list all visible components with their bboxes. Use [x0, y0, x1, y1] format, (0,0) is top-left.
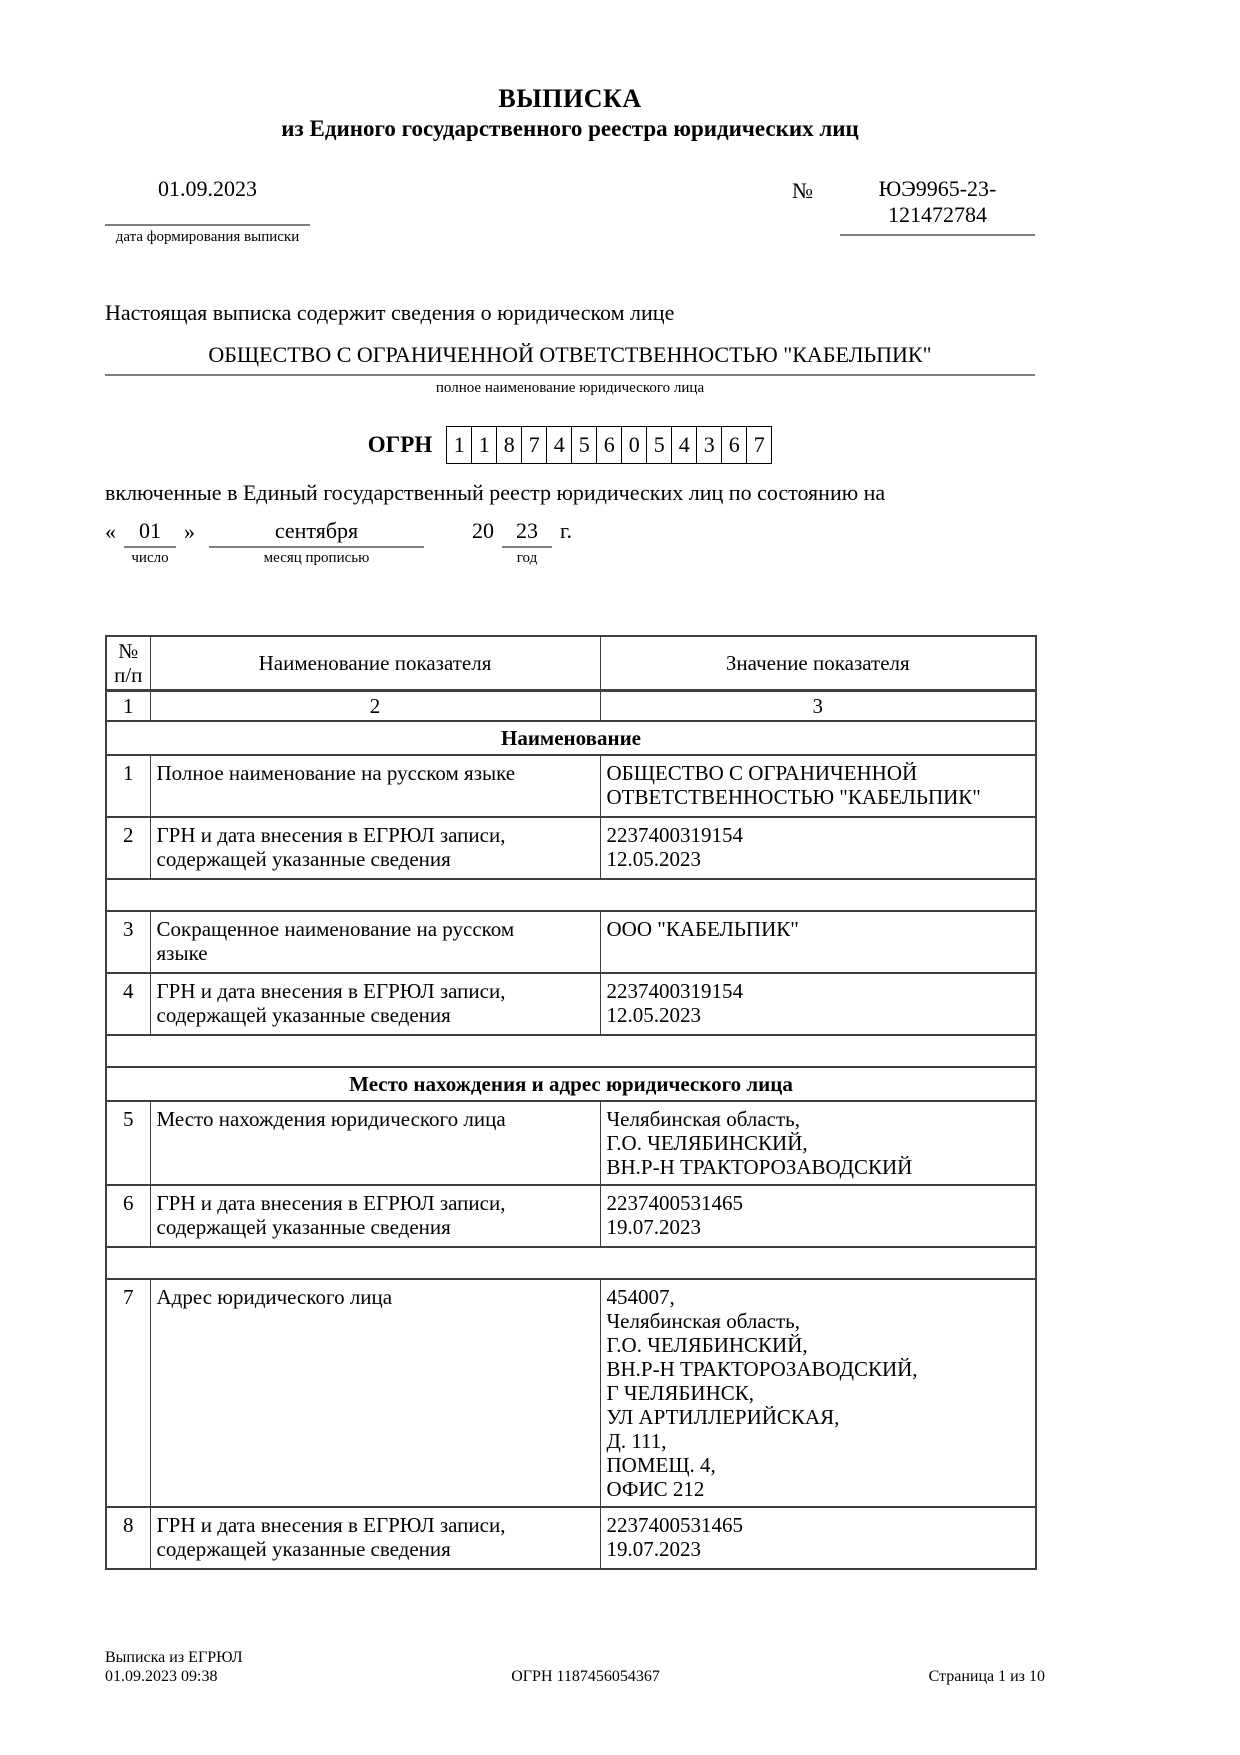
indicator-value-cell: Челябинская область, Г.О. ЧЕЛЯБИНСКИЙ, В… — [600, 1101, 1036, 1185]
row-number-cell: 6 — [106, 1185, 150, 1247]
indicator-value-cell: 2237400319154 12.05.2023 — [600, 817, 1036, 879]
ogrn-digit-box: 7 — [521, 426, 547, 464]
indicator-value-cell: ОБЩЕСТВО С ОГРАНИЧЕННОЙ ОТВЕТСТВЕННОСТЬЮ… — [600, 755, 1036, 817]
indicator-name-cell: Полное наименование на русском языке — [150, 755, 600, 817]
document-subtitle: из Единого государственного реестра юрид… — [105, 116, 1035, 142]
day-field: 01 число — [124, 518, 176, 567]
row-number-cell: 7 — [106, 1279, 150, 1507]
spacer-cell — [106, 1035, 1036, 1067]
close-quote: » — [184, 518, 195, 545]
formation-date-block: 01.09.2023 дата формирования выписки — [105, 176, 310, 246]
document-number-block: № ЮЭ9965-23- 121472784 — [840, 176, 1035, 236]
table-row: 2ГРН и дата внесения в ЕГРЮЛ записи, сод… — [106, 817, 1036, 879]
ogrn-digit-box: 3 — [696, 426, 722, 464]
ogrn-digit-box: 6 — [721, 426, 747, 464]
indicator-value-cell: ООО "КАБЕЛЬПИК" — [600, 911, 1036, 973]
indicator-name-cell: ГРН и дата внесения в ЕГРЮЛ записи, соде… — [150, 1507, 600, 1569]
row-number-cell: 2 — [106, 817, 150, 879]
day-value: 01 — [124, 518, 176, 548]
year-value: 23 — [502, 518, 552, 548]
table-row: 3Сокращенное наименование на русском язы… — [106, 911, 1036, 973]
formation-date: 01.09.2023 — [105, 176, 310, 226]
footer-ogrn: ОГРН 1187456054367 — [511, 1648, 660, 1686]
century-value: 20 — [472, 518, 494, 544]
column-number-row: 1 2 3 — [106, 691, 1036, 722]
indicator-name-cell: ГРН и дата внесения в ЕГРЮЛ записи, соде… — [150, 1185, 600, 1247]
year-label: год — [517, 550, 537, 567]
indicator-name-cell: ГРН и дата внесения в ЕГРЮЛ записи, соде… — [150, 817, 600, 879]
indicator-name-cell: Адрес юридического лица — [150, 1279, 600, 1507]
as-of-date-row: « 01 число » сентября месяц прописью 20 … — [105, 518, 1035, 567]
indicator-value-cell: 2237400531465 19.07.2023 — [600, 1185, 1036, 1247]
month-field: сентября месяц прописью — [209, 518, 424, 567]
company-name-block: ОБЩЕСТВО С ОГРАНИЧЕННОЙ ОТВЕТСТВЕННОСТЬЮ… — [105, 342, 1035, 397]
ogrn-digit-box: 4 — [546, 426, 572, 464]
page-footer: Выписка из ЕГРЮЛ 01.09.2023 09:38 ОГРН 1… — [105, 1648, 1045, 1686]
column-header-num: № п/п — [106, 636, 150, 691]
row-number-cell: 8 — [106, 1507, 150, 1569]
ogrn-digit-box: 4 — [671, 426, 697, 464]
column-header-value: Значение показателя — [600, 636, 1036, 691]
ogrn-label: ОГРН — [368, 432, 432, 458]
section-header-row: Наименование — [106, 721, 1036, 755]
table-row: 6ГРН и дата внесения в ЕГРЮЛ записи, сод… — [106, 1185, 1036, 1247]
ogrn-digit-box: 6 — [596, 426, 622, 464]
ogrn-digit-box: 8 — [496, 426, 522, 464]
document-title: ВЫПИСКА — [105, 84, 1035, 114]
indicator-name-cell: Место нахождения юридического лица — [150, 1101, 600, 1185]
ogrn-boxes: 1187456054367 — [446, 426, 772, 464]
open-quote: « — [105, 518, 116, 545]
spacer-row — [106, 1035, 1036, 1067]
intro-statement: Настоящая выписка содержит сведения о юр… — [105, 300, 1035, 326]
table-row: 4ГРН и дата внесения в ЕГРЮЛ записи, сод… — [106, 973, 1036, 1035]
year-field: 23 год — [502, 518, 552, 567]
indicator-value-cell: 454007, Челябинская область, Г.О. ЧЕЛЯБИ… — [600, 1279, 1036, 1507]
column-header-name: Наименование показателя — [150, 636, 600, 691]
ogrn-digit-box: 5 — [646, 426, 672, 464]
row-number-cell: 4 — [106, 973, 150, 1035]
ogrn-digit-box: 1 — [471, 426, 497, 464]
year-suffix: г. — [560, 518, 572, 544]
spacer-cell — [106, 879, 1036, 911]
row-number-cell: 3 — [106, 911, 150, 973]
document-number: ЮЭ9965-23- 121472784 — [840, 176, 1035, 236]
table-header-row: № п/п Наименование показателя Значение п… — [106, 636, 1036, 691]
spacer-cell — [106, 1247, 1036, 1279]
formation-date-label: дата формирования выписки — [105, 229, 310, 246]
ogrn-digit-box: 1 — [446, 426, 472, 464]
month-label: месяц прописью — [264, 550, 370, 567]
details-table-body: Наименование1Полное наименование на русс… — [106, 721, 1036, 1569]
as-of-statement: включенные в Единый государственный реес… — [105, 480, 1035, 506]
footer-page-number: Страница 1 из 10 — [929, 1648, 1045, 1686]
table-row: 7Адрес юридического лица454007, Челябинс… — [106, 1279, 1036, 1507]
header-meta-row: 01.09.2023 дата формирования выписки № Ю… — [105, 176, 1035, 256]
day-label: число — [131, 550, 168, 567]
column-number-2: 2 — [150, 691, 600, 722]
table-row: 8ГРН и дата внесения в ЕГРЮЛ записи, сод… — [106, 1507, 1036, 1569]
company-name: ОБЩЕСТВО С ОГРАНИЧЕННОЙ ОТВЕТСТВЕННОСТЬЮ… — [105, 342, 1035, 376]
table-row: 1Полное наименование на русском языкеОБЩ… — [106, 755, 1036, 817]
details-table: № п/п Наименование показателя Значение п… — [105, 635, 1037, 1570]
indicator-name-cell: Сокращенное наименование на русском язык… — [150, 911, 600, 973]
section-title: Наименование — [106, 721, 1036, 755]
company-name-label: полное наименование юридического лица — [105, 380, 1035, 397]
spacer-row — [106, 879, 1036, 911]
row-number-cell: 5 — [106, 1101, 150, 1185]
row-number-cell: 1 — [106, 755, 150, 817]
number-sign: № — [792, 178, 813, 204]
ogrn-digit-box: 7 — [746, 426, 772, 464]
ogrn-digit-box: 0 — [621, 426, 647, 464]
section-title: Место нахождения и адрес юридического ли… — [106, 1067, 1036, 1101]
column-number-1: 1 — [106, 691, 150, 722]
month-value: сентября — [209, 518, 424, 548]
spacer-row — [106, 1247, 1036, 1279]
indicator-value-cell: 2237400531465 19.07.2023 — [600, 1507, 1036, 1569]
ogrn-row: ОГРН 1187456054367 — [105, 426, 1035, 464]
section-header-row: Место нахождения и адрес юридического ли… — [106, 1067, 1036, 1101]
footer-doc-type: Выписка из ЕГРЮЛ 01.09.2023 09:38 — [105, 1648, 243, 1686]
table-row: 5Место нахождения юридического лицаЧеляб… — [106, 1101, 1036, 1185]
column-number-3: 3 — [600, 691, 1036, 722]
indicator-name-cell: ГРН и дата внесения в ЕГРЮЛ записи, соде… — [150, 973, 600, 1035]
ogrn-digit-box: 5 — [571, 426, 597, 464]
egrul-extract-page: ВЫПИСКА из Единого государственного реес… — [0, 0, 1240, 1755]
indicator-value-cell: 2237400319154 12.05.2023 — [600, 973, 1036, 1035]
